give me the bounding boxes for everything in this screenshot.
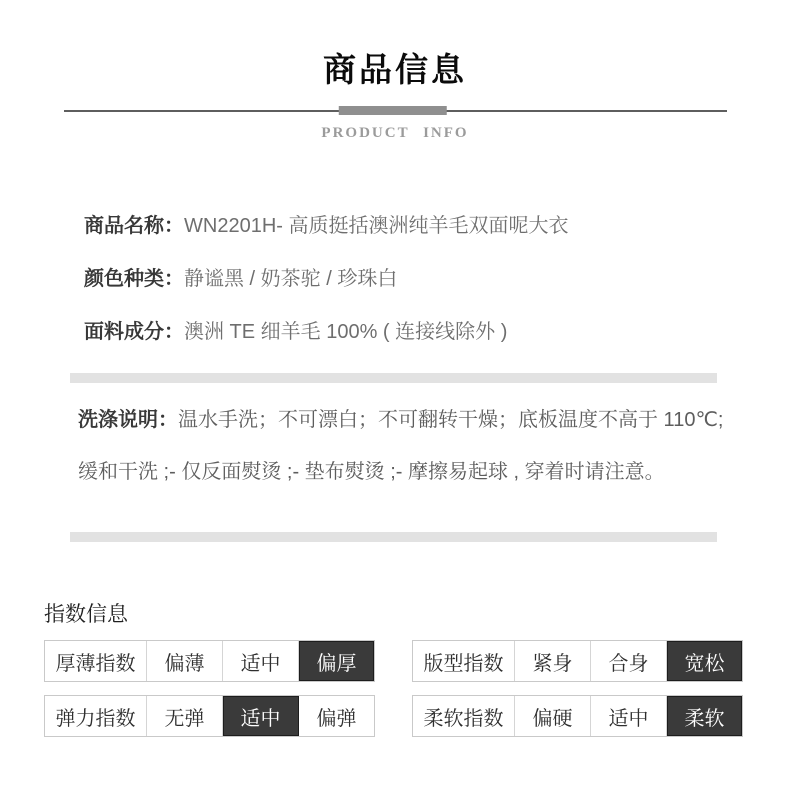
color-options-row: 颜色种类：静谧黑 / 奶茶驼 / 珍珠白 bbox=[84, 267, 730, 292]
index-option: 偏硬 bbox=[515, 696, 591, 736]
index-option: 适中 bbox=[223, 641, 299, 681]
separator-bar-top bbox=[70, 373, 717, 383]
color-options-label: 颜色种类： bbox=[84, 268, 184, 290]
index-table-softness: 柔软指数 偏硬 适中 柔软 bbox=[412, 695, 743, 737]
care-line-1-text: 温水手洗；不可漂白；不可翻转干燥；底板温度不高于 110℃; bbox=[178, 409, 723, 431]
fabric-composition-label: 面料成分： bbox=[84, 321, 184, 343]
index-option: 适中 bbox=[591, 696, 667, 736]
page-subtitle: PRODUCT INFO bbox=[0, 123, 790, 144]
product-name-row: 商品名称：WN2201H- 高质挺括澳洲纯羊毛双面呢大衣 bbox=[84, 214, 730, 239]
color-options-value: 静谧黑 / 奶茶驼 / 珍珠白 bbox=[184, 268, 397, 290]
care-line-1: 洗涤说明：温水手洗；不可漂白；不可翻转干燥；底板温度不高于 110℃; bbox=[78, 408, 732, 433]
product-name-label: 商品名称： bbox=[84, 215, 184, 237]
index-table-label: 版型指数 bbox=[413, 641, 515, 681]
index-table-stretch: 弹力指数 无弹 适中 偏弹 bbox=[44, 695, 375, 737]
index-option: 宽松 bbox=[667, 641, 742, 681]
product-name-value: WN2201H- 高质挺括澳洲纯羊毛双面呢大衣 bbox=[184, 215, 568, 237]
index-option: 紧身 bbox=[515, 641, 591, 681]
care-instructions: 洗涤说明：温水手洗；不可漂白；不可翻转干燥；底板温度不高于 110℃; 缓和干洗… bbox=[78, 408, 732, 485]
index-table-label: 弹力指数 bbox=[45, 696, 147, 736]
product-attributes: 商品名称：WN2201H- 高质挺括澳洲纯羊毛双面呢大衣 颜色种类：静谧黑 / … bbox=[84, 214, 730, 345]
index-option: 合身 bbox=[591, 641, 667, 681]
page-header: 商品信息 PRODUCT INFO bbox=[0, 0, 790, 144]
separator-bar-bottom bbox=[70, 532, 717, 542]
index-table-label: 柔软指数 bbox=[413, 696, 515, 736]
fabric-composition-value: 澳洲 TE 细羊毛 100% ( 连接线除外 ) bbox=[184, 321, 507, 343]
index-option: 无弹 bbox=[147, 696, 223, 736]
index-option: 偏弹 bbox=[299, 696, 374, 736]
indices-tables: 厚薄指数 偏薄 适中 偏厚 版型指数 紧身 合身 宽松 弹力指数 无弹 适中 偏… bbox=[44, 640, 790, 737]
divider-accent-bar bbox=[338, 106, 446, 115]
index-option: 偏厚 bbox=[299, 641, 374, 681]
title-divider bbox=[64, 106, 727, 116]
page-title: 商品信息 bbox=[0, 50, 790, 90]
index-option: 柔软 bbox=[667, 696, 742, 736]
index-table-label: 厚薄指数 bbox=[45, 641, 147, 681]
index-table-thickness: 厚薄指数 偏薄 适中 偏厚 bbox=[44, 640, 375, 682]
index-option: 适中 bbox=[223, 696, 299, 736]
care-label: 洗涤说明： bbox=[78, 409, 178, 431]
fabric-composition-row: 面料成分：澳洲 TE 细羊毛 100% ( 连接线除外 ) bbox=[84, 320, 730, 345]
care-line-2: 缓和干洗 ;- 仅反面熨烫 ;- 垫布熨烫 ;- 摩擦易起球 , 穿着时请注意。 bbox=[78, 460, 732, 485]
index-option: 偏薄 bbox=[147, 641, 223, 681]
product-info-page: 商品信息 PRODUCT INFO 商品名称：WN2201H- 高质挺括澳洲纯羊… bbox=[0, 0, 790, 797]
indices-section-title: 指数信息 bbox=[44, 603, 790, 627]
index-table-fit: 版型指数 紧身 合身 宽松 bbox=[412, 640, 743, 682]
